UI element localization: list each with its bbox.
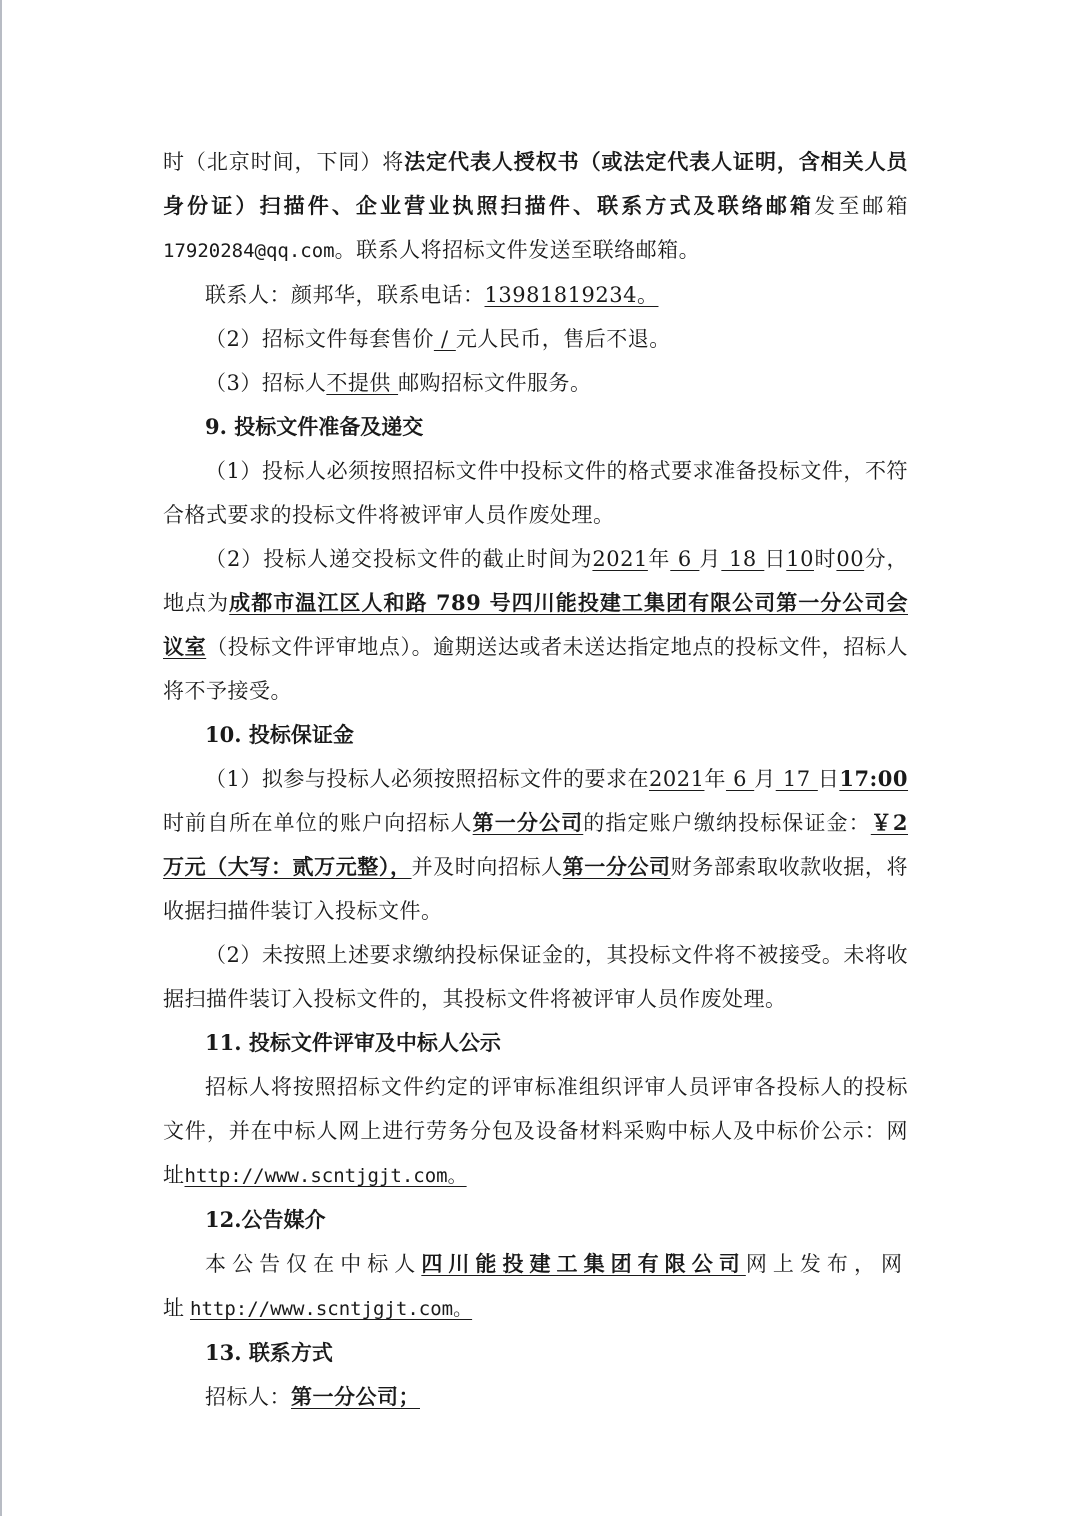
underlined-field: 四川能投建工集团有限公司 xyxy=(421,1251,745,1276)
underlined-field: 17 xyxy=(776,767,818,791)
para-9-1: （1）投标人必须按照招标文件中投标文件的格式要求准备投标文件，不符合格式要求的投… xyxy=(163,449,908,537)
text-run: 时前自所在单位的账户向招标人 xyxy=(163,811,473,835)
para-mail-service: （3）招标人不提供 邮购招标文件服务。 xyxy=(163,361,908,405)
document-page: 时（北京时间，下同）将法定代表人授权书（或法定代表人证明，含相关人员身份证）扫描… xyxy=(163,140,908,1419)
text-run: 年 xyxy=(704,767,726,791)
para-document-price: （2）招标文件每套售价 / 元人民币，售后不退。 xyxy=(163,317,908,361)
para-10-2: （2）未按照上述要求缴纳投标保证金的，其投标文件将不被接受。未将收据扫描件装订入… xyxy=(163,933,908,1021)
heading-section-12: 12.公告媒介 xyxy=(163,1198,908,1242)
text-run: 并及时向招标人 xyxy=(412,855,563,879)
text-run: （2）未按照上述要求缴纳投标保证金的，其投标文件将不被接受。未将收据扫描件装订入… xyxy=(163,943,908,1011)
underlined-field: 2021 xyxy=(649,767,704,791)
text-run: 的指定账户缴纳投标保证金： xyxy=(583,811,871,835)
underlined-field: 17:00 xyxy=(839,766,908,791)
text-run: （2）投标人递交投标文件的截止时间为 xyxy=(205,547,592,571)
heading-section-10: 10. 投标保证金 xyxy=(163,713,908,757)
text-run: 邮购招标文件服务。 xyxy=(398,371,592,395)
text-run: 本公告仅在中标人 xyxy=(205,1252,421,1276)
text-run: 日 xyxy=(818,767,840,791)
para-12: 本公告仅在中标人四川能投建工集团有限公司网上发布，网址http://www.sc… xyxy=(163,1242,908,1331)
website-link[interactable]: http://www.scntjgjt.com。 xyxy=(190,1298,472,1320)
website-link[interactable]: http://www.scntjgjt.com。 xyxy=(185,1165,467,1187)
underlined-field: 6 xyxy=(726,767,754,791)
underlined-field: 6 xyxy=(670,547,699,571)
text-run: （投标文件评审地点）。逾期送达或者未送达指定地点的投标文件，招标人将不予接受。 xyxy=(163,635,908,703)
underlined-field: 18 xyxy=(721,547,764,571)
text-run: 联系人：颜邦华，联系电话： xyxy=(205,283,485,307)
underlined-field: 第一分公司 xyxy=(563,854,671,879)
heading-section-13: 13. 联系方式 xyxy=(163,1331,908,1375)
text-run: （1）拟参与投标人必须按照招标文件的要求在 xyxy=(205,767,649,791)
text-run: 17920284@qq.com xyxy=(163,240,335,262)
text-run: （1）投标人必须按照招标文件中投标文件的格式要求准备投标文件，不符合格式要求的投… xyxy=(163,459,908,527)
underlined-field: 第一分公司 xyxy=(473,810,584,835)
text-run: 发至邮箱 xyxy=(814,194,908,218)
para-contact-person: 联系人：颜邦华，联系电话：13981819234。 xyxy=(163,273,908,317)
heading-section-11: 11. 投标文件评审及中标人公示 xyxy=(163,1021,908,1065)
text-run: 。联系人将招标文件发送至联络邮箱。 xyxy=(335,238,701,262)
text-run: （3）招标人 xyxy=(205,371,326,395)
scan-edge-line xyxy=(0,0,2,1516)
text-run: 日 xyxy=(764,547,786,571)
text-run: 月 xyxy=(699,547,721,571)
text-run: 年 xyxy=(648,547,670,571)
text-run: 时 xyxy=(814,547,836,571)
underlined-field: 00 xyxy=(836,547,864,571)
underlined-field: 不提供 xyxy=(326,371,398,395)
text-run: 招标人： xyxy=(205,1385,291,1409)
underlined-field: 第一分公司； xyxy=(291,1384,420,1409)
heading-section-9: 9. 投标文件准备及递交 xyxy=(163,405,908,449)
para-9-2: （2）投标人递交投标文件的截止时间为2021年 6 月 18 日10时00分，地… xyxy=(163,537,908,713)
text-run: 元人民币，售后不退。 xyxy=(456,327,671,351)
underlined-field: 2021 xyxy=(592,547,647,571)
para-10-1: （1）拟参与投标人必须按照招标文件的要求在2021年 6 月 17 日17:00… xyxy=(163,757,908,933)
text-run: 时（北京时间，下同）将 xyxy=(163,150,404,174)
text-run: （2）招标文件每套售价 xyxy=(205,327,434,351)
para-submission-instructions: 时（北京时间，下同）将法定代表人授权书（或法定代表人证明，含相关人员身份证）扫描… xyxy=(163,140,908,273)
underlined-field: 10 xyxy=(786,547,814,571)
underlined-field: 13981819234。 xyxy=(485,283,659,307)
text-run: 月 xyxy=(754,767,776,791)
para-13-tenderer: 招标人：第一分公司； xyxy=(163,1375,908,1419)
underlined-field: / xyxy=(434,327,456,351)
para-11: 招标人将按照招标文件约定的评审标准组织评审人员评审各投标人的投标文件，并在中标人… xyxy=(163,1065,908,1198)
